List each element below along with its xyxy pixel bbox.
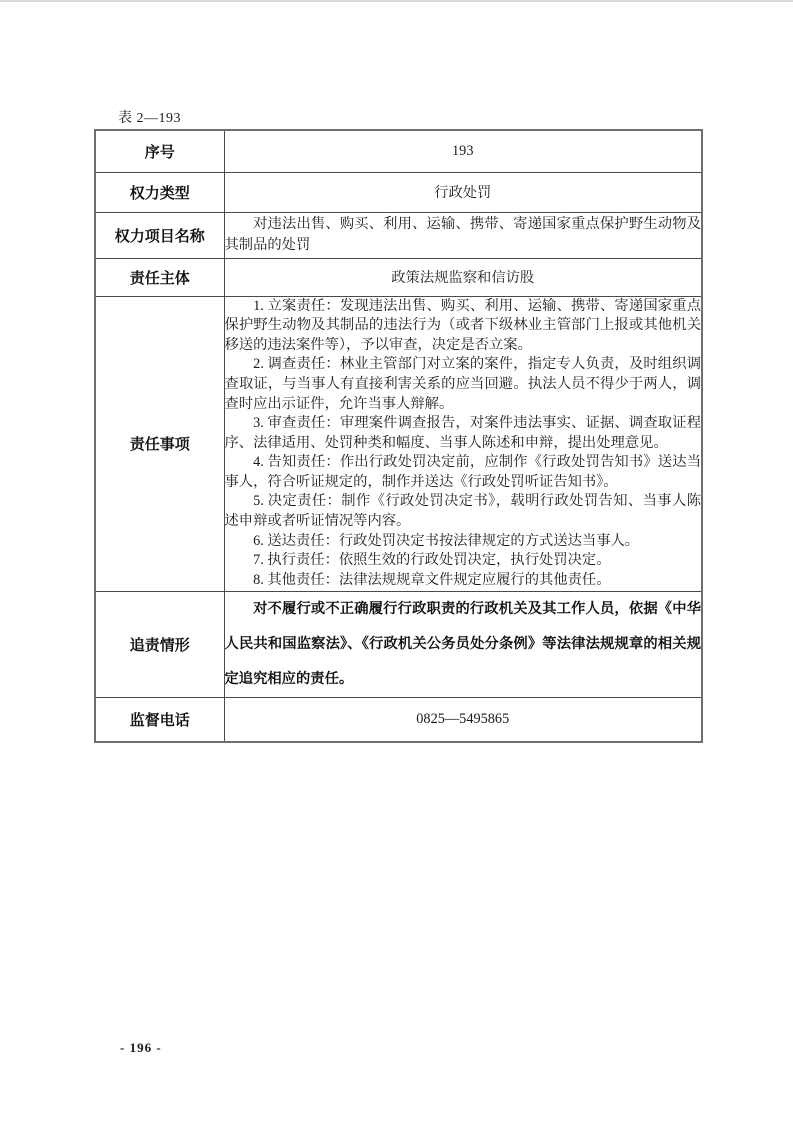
table-row-accountability: 追责情形 对不履行或不正确履行行政职责的行政机关及其工作人员，依据《中华人民共和… — [95, 591, 702, 697]
page-number: - 196 - — [120, 1040, 162, 1056]
row-label-power-item-name: 权力项目名称 — [95, 212, 224, 258]
table-row-responsibility-items: 责任事项 1. 立案责任：发现违法出售、购买、利用、运输、携带、寄递国家重点保护… — [95, 296, 702, 591]
row-label-responsible-entity: 责任主体 — [95, 258, 224, 296]
table-row-power-item-name: 权力项目名称 对违法出售、购买、利用、运输、携带、寄递国家重点保护野生动物及其制… — [95, 212, 702, 258]
table-row-supervision-phone: 监督电话 0825—5495865 — [95, 697, 702, 742]
row-label-responsibility-items: 责任事项 — [95, 296, 224, 591]
row-label-serial: 序号 — [95, 130, 224, 172]
duty-paragraph: 1. 立案责任：发现违法出售、购买、利用、运输、携带、寄递国家重点保护野生动物及… — [225, 297, 702, 356]
table-row-power-type: 权力类型 行政处罚 — [95, 172, 702, 212]
scan-edge-artifact — [0, 0, 793, 2]
row-value-responsible-entity: 政策法规监察和信访股 — [224, 258, 702, 296]
row-label-power-type: 权力类型 — [95, 172, 224, 212]
duty-paragraph: 8. 其他责任：法律法规规章文件规定应履行的其他责任。 — [225, 571, 702, 591]
document-page: 表 2—193 序号 193 权力类型 行政处罚 权力项目名称 对违法出售、购买… — [0, 0, 793, 1122]
row-value-supervision-phone: 0825—5495865 — [224, 697, 702, 742]
row-value-serial: 193 — [224, 130, 702, 172]
table-caption: 表 2—193 — [118, 107, 181, 127]
duty-paragraph: 2. 调查责任：林业主管部门对立案的案件，指定专人负责，及时组织调查取证，与当事… — [225, 355, 702, 414]
table-row-serial: 序号 193 — [95, 130, 702, 172]
table-row-responsible-entity: 责任主体 政策法规监察和信访股 — [95, 258, 702, 296]
row-value-power-type: 行政处罚 — [224, 172, 702, 212]
row-value-power-item-name: 对违法出售、购买、利用、运输、携带、寄递国家重点保护野生动物及其制品的处罚 — [224, 212, 702, 258]
power-responsibility-table: 序号 193 权力类型 行政处罚 权力项目名称 对违法出售、购买、利用、运输、携… — [94, 129, 703, 743]
duty-paragraph: 3. 审查责任：审理案件调查报告，对案件违法事实、证据、调查取证程序、法律适用、… — [225, 414, 702, 453]
row-label-accountability: 追责情形 — [95, 591, 224, 697]
row-value-accountability: 对不履行或不正确履行行政职责的行政机关及其工作人员，依据《中华人民共和国监察法》… — [224, 591, 702, 697]
duty-paragraph: 4. 告知责任：作出行政处罚决定前，应制作《行政处罚告知书》送达当事人，符合听证… — [225, 453, 702, 492]
duty-paragraph: 6. 送达责任：行政处罚决定书按法律规定的方式送达当事人。 — [225, 532, 702, 552]
row-label-supervision-phone: 监督电话 — [95, 697, 224, 742]
duty-paragraph: 5. 决定责任：制作《行政处罚决定书》，载明行政处罚告知、当事人陈述申辩或者听证… — [225, 492, 702, 531]
duty-paragraph: 7. 执行责任：依照生效的行政处罚决定，执行处罚决定。 — [225, 551, 702, 571]
duty-list: 1. 立案责任：发现违法出售、购买、利用、运输、携带、寄递国家重点保护野生动物及… — [225, 297, 702, 591]
row-value-responsibility-items: 1. 立案责任：发现违法出售、购买、利用、运输、携带、寄递国家重点保护野生动物及… — [224, 296, 702, 591]
